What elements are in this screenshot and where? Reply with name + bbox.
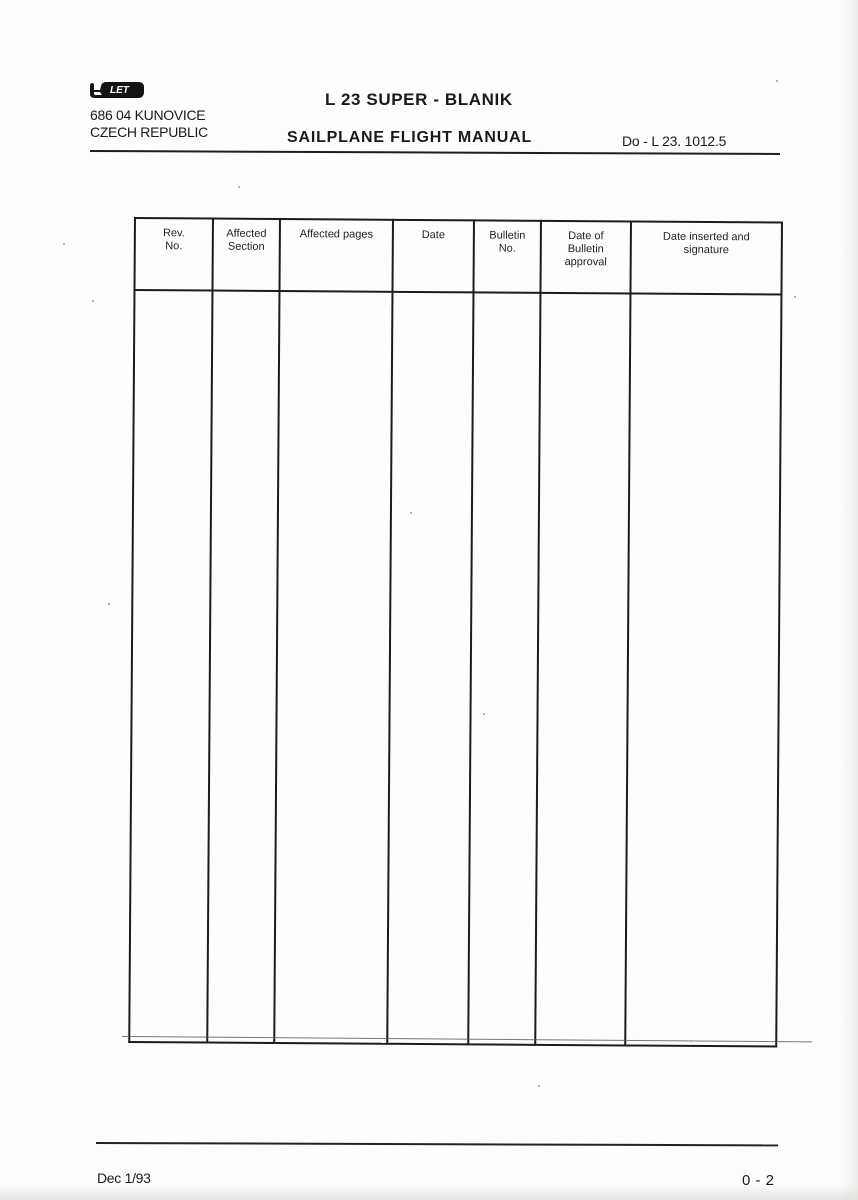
scan-speck bbox=[794, 296, 796, 298]
column-header-rev-no: Rev. No. bbox=[134, 218, 213, 291]
page-edge-shadow bbox=[840, 0, 858, 1200]
scan-speck bbox=[238, 186, 240, 188]
column-header-bulletin-no: Bulletin No. bbox=[473, 220, 541, 292]
header-divider bbox=[90, 150, 780, 155]
column-header-bulletin-approval-date: Date of Bulletin approval bbox=[540, 221, 631, 294]
cell-bulletin-approval-date[interactable] bbox=[535, 293, 630, 1046]
scan-speck bbox=[776, 80, 778, 82]
footer-divider bbox=[96, 1142, 778, 1146]
page-edge-shadow-bottom bbox=[0, 1184, 858, 1200]
cell-affected-section[interactable] bbox=[207, 291, 279, 1043]
document-subtitle: SAILPLANE FLIGHT MANUAL bbox=[287, 129, 532, 147]
table-row-blank bbox=[129, 290, 781, 1046]
cell-date[interactable] bbox=[387, 292, 473, 1045]
scan-speck bbox=[410, 512, 412, 514]
column-header-affected-pages: Affected pages bbox=[279, 219, 392, 292]
document-number: Do - L 23. 1012.5 bbox=[622, 133, 726, 149]
address-line-country: CZECH REPUBLIC bbox=[90, 124, 208, 140]
revision-record-table: Rev. No. Affected Section Affected pages… bbox=[128, 217, 781, 1047]
revision-date: Dec 1/93 bbox=[97, 1170, 151, 1186]
cell-affected-pages[interactable] bbox=[274, 291, 392, 1044]
cell-rev-no[interactable] bbox=[129, 290, 212, 1043]
scan-speck bbox=[690, 1040, 692, 1042]
column-header-date: Date bbox=[392, 220, 474, 293]
scan-speck bbox=[538, 1085, 540, 1087]
cell-bulletin-no[interactable] bbox=[468, 292, 540, 1044]
scan-speck bbox=[63, 243, 65, 245]
document-title: L 23 SUPER - BLANIK bbox=[325, 90, 513, 110]
cell-date-inserted-signature[interactable] bbox=[625, 293, 781, 1046]
scan-speck bbox=[483, 713, 485, 715]
scan-speck bbox=[108, 603, 110, 605]
let-logo-icon: LET bbox=[88, 80, 146, 102]
scan-speck bbox=[92, 300, 94, 302]
page-number: 0 - 2 bbox=[742, 1172, 775, 1189]
column-header-affected-section: Affected Section bbox=[212, 219, 280, 291]
address-line-city: 686 04 KUNOVICE bbox=[90, 107, 205, 123]
svg-text:LET: LET bbox=[110, 85, 130, 96]
table-header-row: Rev. No. Affected Section Affected pages… bbox=[134, 218, 781, 295]
column-header-date-inserted-signature: Date inserted and signature bbox=[630, 221, 781, 294]
